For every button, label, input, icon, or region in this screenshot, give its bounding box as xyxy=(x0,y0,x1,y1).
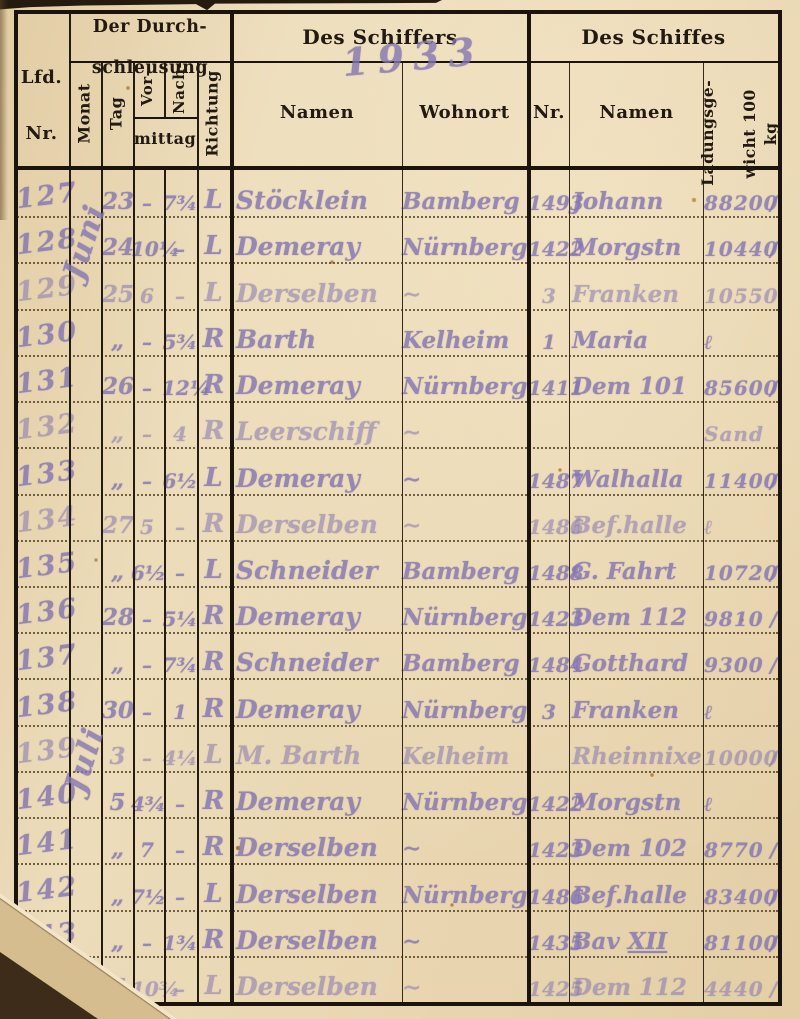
cell-nr: 142 xyxy=(15,873,72,906)
cell-nr: 131 xyxy=(15,365,72,398)
ledger-row: 135„6½–LSchneiderBamberg1488G. Fahrt1072… xyxy=(14,540,778,588)
cell-richtung: R xyxy=(197,372,230,398)
cell-tag: 26 xyxy=(102,375,133,398)
cell-vor: 6½ xyxy=(131,563,163,583)
cell-schiffer: M. Barth xyxy=(236,743,408,768)
cell-nr: 134 xyxy=(15,504,72,537)
cell-wohnort: Nürnberg xyxy=(402,699,528,722)
cell-ladung: 4440 xyxy=(704,979,776,999)
cell-vor: 5 xyxy=(131,517,163,537)
cell-schiffer: Derselben xyxy=(236,974,408,999)
cell-schiff_name: Franken xyxy=(572,699,708,722)
cell-richtung: R xyxy=(197,603,230,629)
cell-nr: 127 xyxy=(15,180,72,213)
cell-wohnort: ∼ xyxy=(402,930,528,953)
cell-schiffer: Derselben xyxy=(236,281,408,306)
cell-schiff_nr: 1422 xyxy=(528,239,570,259)
cell-wohnort: ∼ xyxy=(402,421,528,444)
cell-schiffer: Derselben xyxy=(236,928,408,953)
cell-schiff_nr: 1423 xyxy=(528,840,570,860)
cell-schiffer: Demeray xyxy=(236,373,408,398)
cell-wohnort: ∼ xyxy=(402,514,528,537)
header-ladung-line1: Ladungsge- xyxy=(698,80,717,186)
grid-vline xyxy=(402,62,403,1002)
cell-ladung: ℓ xyxy=(704,517,776,537)
grid-vline xyxy=(703,62,704,1002)
cell-ladung: ℓ xyxy=(704,332,776,352)
cell-richtung: L xyxy=(197,465,230,491)
cell-wohnort: Kelheim xyxy=(402,329,528,352)
ledger-row: 143„–1¾RDerselben∼1435Bav XII81100∕ xyxy=(14,910,778,958)
cell-nr: 137 xyxy=(15,642,72,675)
cell-wohnort: Nürnberg xyxy=(402,884,528,907)
cell-schiff_name: Bav XII xyxy=(572,930,708,953)
cell-ladung: 88200 xyxy=(704,193,776,213)
cell-nr: 132 xyxy=(15,411,72,444)
cell-wohnort: ∼ xyxy=(402,837,528,860)
header-group-schiffes: Des Schiffes xyxy=(529,26,778,50)
cell-richtung: R xyxy=(197,511,230,537)
cell-wohnort: Kelheim xyxy=(402,745,528,768)
grid-vline xyxy=(527,10,531,1002)
cell-schiffer: Derselben xyxy=(236,835,408,860)
cell-tag: 5 xyxy=(102,791,133,814)
cell-schiff_name: Morgstn xyxy=(572,236,708,259)
cell-nach: 7¾ xyxy=(162,655,198,675)
header-lfd-line1: Lfd. xyxy=(21,67,62,88)
cell-schiff_name: Johann xyxy=(572,190,708,213)
cell-richtung: L xyxy=(197,881,230,907)
cell-wohnort: Nürnberg xyxy=(402,791,528,814)
cell-schiff_name: Dem 112 xyxy=(572,606,708,629)
cell-schiff_nr: 1486 xyxy=(528,887,570,907)
cell-schiffer: Derselben xyxy=(236,512,408,537)
cell-wohnort: Bamberg xyxy=(402,190,528,213)
cell-vor: – xyxy=(131,424,163,444)
ledger-row: 13830–1RDemerayNürnberg3Frankenℓ xyxy=(14,678,778,726)
header-schiffer-namen: Namen xyxy=(237,102,397,123)
cell-nr: 139 xyxy=(15,735,72,768)
cell-vor: – xyxy=(131,609,163,629)
ledger-row: 142„7½–LDerselbenNürnberg1486Bef.halle83… xyxy=(14,863,778,911)
cell-wohnort: ∼ xyxy=(402,468,528,491)
header-vormittag: Vor- xyxy=(139,58,157,118)
header-lfd-line2: Nr. xyxy=(25,123,57,144)
grid-vline xyxy=(197,62,199,1002)
cell-ladung: 10720 xyxy=(704,563,776,583)
cell-tag: 28 xyxy=(102,606,133,629)
cell-richtung: L xyxy=(197,742,230,768)
cell-ladung: 8770 xyxy=(704,840,776,860)
cell-tag: „ xyxy=(102,421,133,444)
ledger-row: 134275–RDerselben∼1486Bef.halleℓ xyxy=(14,494,778,542)
cell-nach: – xyxy=(162,517,198,537)
cell-schiff_nr: 1435 xyxy=(528,933,570,953)
header-nachmittag: Nach- xyxy=(171,58,189,118)
cell-vor: 7½ xyxy=(131,887,163,907)
cell-nach: – xyxy=(162,286,198,306)
ledger-row: 12723–7¾LStöckleinBamberg1493Johann88200… xyxy=(14,170,778,218)
cell-schiff_nr: 1422 xyxy=(528,794,570,814)
cell-nr: 130 xyxy=(15,319,72,352)
cell-nach: 5¾ xyxy=(162,332,198,352)
cell-tag: „ xyxy=(102,652,133,675)
cell-nr: 135 xyxy=(15,550,72,583)
grid-hline xyxy=(14,10,782,14)
header-mittag: mittag xyxy=(133,130,197,149)
ledger-row: 133„–6½LDemeray∼1487Walhalla11400∕ xyxy=(14,447,778,495)
grid-hline xyxy=(14,166,782,170)
worn-left-edge xyxy=(0,0,8,220)
cell-schiffer: Demeray xyxy=(236,604,408,629)
cell-vor: – xyxy=(131,378,163,398)
grid-vline xyxy=(133,62,135,1002)
cell-schiff_name: Dem 112 xyxy=(572,976,708,999)
cell-schiff_name: Walhalla xyxy=(572,468,708,491)
header-richtung: Richtung xyxy=(204,63,223,163)
cell-tag: „ xyxy=(102,329,133,352)
cell-nach: 4 xyxy=(162,424,198,444)
ledger-row: 13126–12¼RDemerayNürnberg1411Dem 1018560… xyxy=(14,355,778,403)
cell-nr: 138 xyxy=(15,688,72,721)
cell-ladung: 81100 xyxy=(704,933,776,953)
cell-schiff_name: Gotthard xyxy=(572,652,708,675)
cell-nach: 6½ xyxy=(162,471,198,491)
grid-vline xyxy=(230,10,234,1002)
cell-schiff_name: Dem 101 xyxy=(572,375,708,398)
header-lfd-nr: Lfd. Nr. xyxy=(14,64,69,148)
grid-vline xyxy=(569,62,570,1002)
header-monat: Monat xyxy=(76,63,95,163)
cell-schiffer: Leerschiff xyxy=(236,419,408,444)
cell-ladung: 9810 xyxy=(704,609,776,629)
cell-wohnort: Nürnberg xyxy=(402,606,528,629)
cell-schiff_name: Dem 102 xyxy=(572,837,708,860)
cell-schiff_name: Franken xyxy=(572,283,708,306)
cell-schiff_name: Maria xyxy=(572,329,708,352)
ledger-row: 1282410¼–LDemerayNürnberg1422Morgstn1044… xyxy=(14,216,778,264)
cell-vor: 10¼ xyxy=(131,239,163,259)
cell-vor: – xyxy=(131,702,163,722)
cell-schiff_nr: 1487 xyxy=(528,471,570,491)
ledger-row: 137„–7¾RSchneiderBamberg1484Gotthard9300… xyxy=(14,632,778,680)
header-wohnort: Wohnort xyxy=(402,102,527,123)
cell-nach: – xyxy=(162,840,198,860)
cell-tag: 27 xyxy=(102,514,133,537)
cell-schiff_nr: 1488 xyxy=(528,563,570,583)
ledger-page: Lfd. Nr. Der Durch- schleusung Monat Tag… xyxy=(0,0,800,1019)
ledger-row: 129256–LDerselben∼3Franken10550 xyxy=(14,262,778,310)
cell-wohnort: Bamberg xyxy=(402,560,528,583)
cell-tag: „ xyxy=(102,884,133,907)
cell-vor: 4¾ xyxy=(131,794,163,814)
cell-ladung: ℓ xyxy=(704,794,776,814)
cell-vor: – xyxy=(131,471,163,491)
header-ladungsgewicht: Ladungsge- wicht 100 kg xyxy=(698,82,782,186)
cell-schiffer: Stöcklein xyxy=(236,188,408,213)
cell-ladung: Sand xyxy=(704,424,776,444)
cell-vor: 6 xyxy=(131,286,163,306)
cell-tag: „ xyxy=(102,560,133,583)
cell-vor: – xyxy=(131,332,163,352)
cell-schiff_name: Morgstn xyxy=(572,791,708,814)
cell-nach: – xyxy=(162,794,198,814)
cell-richtung: L xyxy=(197,187,230,213)
cell-richtung: R xyxy=(197,927,230,953)
cell-ladung: 85600 xyxy=(704,378,776,398)
header-tag: Tag xyxy=(108,63,127,163)
header-schiff-nr: Nr. xyxy=(529,102,569,123)
cell-nach: – xyxy=(162,239,198,259)
cell-nach: 1¾ xyxy=(162,933,198,953)
cell-schiffer: Schneider xyxy=(236,650,408,675)
cell-schiff_nr: 3 xyxy=(528,286,570,306)
cell-richtung: L xyxy=(197,973,230,999)
cell-schiff_nr: 1425 xyxy=(528,979,570,999)
cell-schiffer: Demeray xyxy=(236,466,408,491)
cell-ladung: 83400 xyxy=(704,887,776,907)
grid-vline xyxy=(69,10,71,1002)
cell-richtung: L xyxy=(197,233,230,259)
cell-schiffer: Demeray xyxy=(236,789,408,814)
cell-vor: – xyxy=(131,655,163,675)
cell-schiff_name: G. Fahrt xyxy=(572,560,708,583)
grid-vline xyxy=(164,170,166,1002)
cell-tag: 24 xyxy=(102,236,133,259)
cell-richtung: R xyxy=(197,649,230,675)
cell-nach: – xyxy=(162,563,198,583)
cell-nach: 1 xyxy=(162,702,198,722)
cell-nach: 12¼ xyxy=(162,378,198,398)
cell-ladung: 10550 xyxy=(704,286,776,306)
cell-tag: 25 xyxy=(102,283,133,306)
cell-tag: „ xyxy=(102,468,133,491)
cell-schiff_nr: 1484 xyxy=(528,655,570,675)
cell-wohnort: ∼ xyxy=(402,976,528,999)
cell-schiff_nr: 1493 xyxy=(528,193,570,213)
cell-schiff_name: Bef.halle xyxy=(572,514,708,537)
cell-nr: 141 xyxy=(15,827,72,860)
cell-schiffer: Derselben xyxy=(236,882,408,907)
cell-schiff_nr: 3 xyxy=(528,702,570,722)
cell-ladung: 11400 xyxy=(704,471,776,491)
cell-wohnort: ∼ xyxy=(402,283,528,306)
cell-wohnort: Nürnberg xyxy=(402,236,528,259)
cell-nr: 136 xyxy=(15,596,72,629)
cell-nach: 7¾ xyxy=(162,193,198,213)
cell-tag: „ xyxy=(102,930,133,953)
cell-ladung: 10440 xyxy=(704,239,776,259)
cell-schiff_nr: 1 xyxy=(528,332,570,352)
cell-nach: – xyxy=(162,887,198,907)
cell-vor: – xyxy=(131,748,163,768)
header-schiff-namen: Namen xyxy=(570,102,703,123)
ledger-row: 1393–4¼LM. BarthKelheimRheinnixe10000∕ xyxy=(14,725,778,773)
cell-schiff_name: Bef.halle xyxy=(572,884,708,907)
cell-richtung: R xyxy=(197,696,230,722)
ledger-row: 130„–5¾RBarthKelheim1Mariaℓ xyxy=(14,309,778,357)
cell-vor: – xyxy=(131,933,163,953)
cell-richtung: R xyxy=(197,834,230,860)
cell-schiff_nr: 1423 xyxy=(528,609,570,629)
ledger-row: 14054¾–RDemerayNürnberg1422Morgstnℓ xyxy=(14,771,778,819)
cell-schiff_nr: 1411 xyxy=(528,378,570,398)
ledger-row: 141„7–RDerselben∼1423Dem 1028770∕ xyxy=(14,817,778,865)
cell-tag: „ xyxy=(102,837,133,860)
header-ladung-line2: wicht 100 kg xyxy=(740,89,780,178)
cell-schiffer: Demeray xyxy=(236,234,408,259)
cell-vor: – xyxy=(131,193,163,213)
cell-wohnort: Nürnberg xyxy=(402,375,528,398)
cell-richtung: L xyxy=(197,280,230,306)
ledger-row: 132„–4RLeerschiff∼Sand xyxy=(14,401,778,449)
cell-schiff_name: Rheinnixe xyxy=(572,745,708,768)
cell-ladung: 10000 xyxy=(704,748,776,768)
cell-nach: 4¼ xyxy=(162,748,198,768)
header-durchschleusung-line1: Der Durch- xyxy=(93,17,207,37)
cell-nr: 133 xyxy=(15,457,72,490)
ledger-row: 13628–5¼RDemerayNürnberg1423Dem 1129810∕ xyxy=(14,586,778,634)
cell-schiffer: Barth xyxy=(236,327,408,352)
cell-nach: 5¼ xyxy=(162,609,198,629)
cell-wohnort: Bamberg xyxy=(402,652,528,675)
grid-vline xyxy=(14,10,18,1005)
cell-richtung: R xyxy=(197,418,230,444)
cell-schiff_nr: 1486 xyxy=(528,517,570,537)
cell-richtung: L xyxy=(197,557,230,583)
cell-ladung: ℓ xyxy=(704,702,776,722)
cell-nach: – xyxy=(162,979,198,999)
cell-ladung: 9300 xyxy=(704,655,776,675)
cell-vor: 7 xyxy=(131,840,163,860)
cell-richtung: R xyxy=(197,326,230,352)
cell-schiffer: Schneider xyxy=(236,558,408,583)
cell-schiffer: Demeray xyxy=(236,697,408,722)
cell-richtung: R xyxy=(197,788,230,814)
